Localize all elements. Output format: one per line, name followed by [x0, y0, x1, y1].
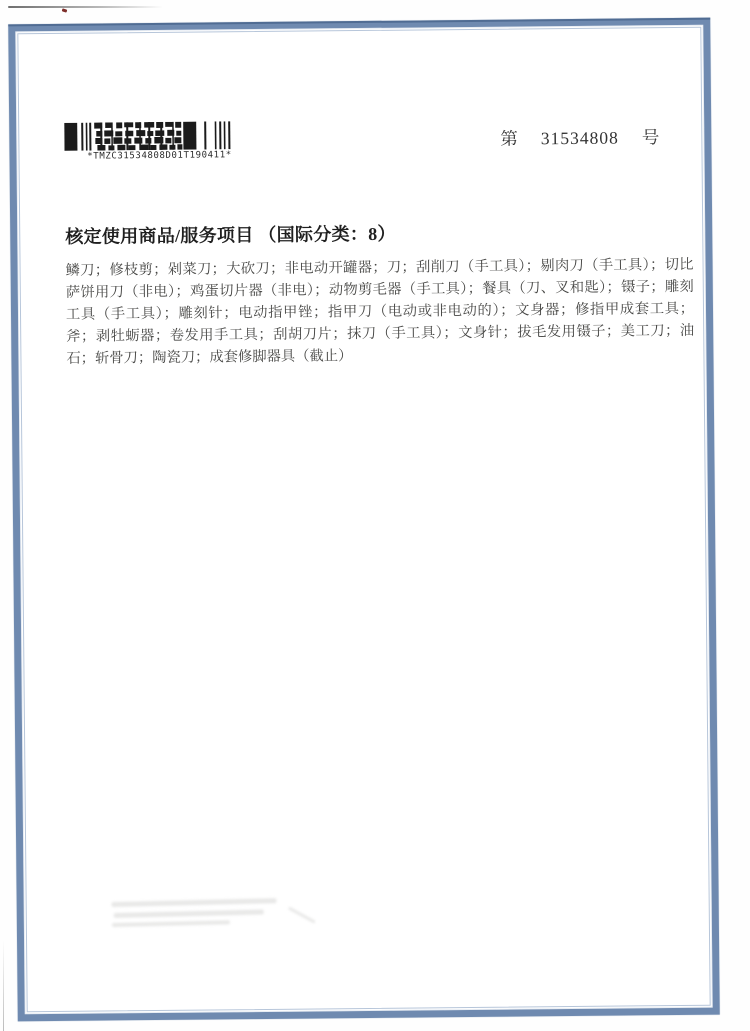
cert-number-prefix: 第 [500, 126, 518, 151]
ink-ghost-smudge [111, 887, 342, 940]
certificate-content: *TMZC31534808D01T190411* 第 31534808 号 核定… [15, 25, 712, 1015]
cert-number-suffix: 号 [642, 124, 660, 149]
certificate-number: 第 31534808 号 [500, 124, 659, 151]
goods-section-heading: 核定使用商品/服务项目 （国际分类：8） [65, 217, 693, 249]
scan-edge-artifact-line [8, 6, 163, 8]
goods-list-text: 鳞刀；修枝剪；剁菜刀；大砍刀；非电动开罐器；刀；刮削刀（手工具）；剔肉刀（手工具… [65, 254, 694, 370]
scan-left-artifact-line [3, 940, 4, 1031]
barcode-image [64, 121, 252, 151]
barcode-text: *TMZC31534808D01T190411* [64, 150, 254, 162]
scanned-page: *TMZC31534808D01T190411* 第 31534808 号 核定… [0, 0, 750, 1031]
header-row: *TMZC31534808D01T190411* 第 31534808 号 [64, 117, 692, 162]
certificate-frame: *TMZC31534808D01T190411* 第 31534808 号 核定… [8, 18, 720, 1022]
red-speck-artifact [62, 8, 68, 12]
cert-number-value: 31534808 [541, 128, 619, 150]
barcode: *TMZC31534808D01T190411* [64, 121, 254, 162]
